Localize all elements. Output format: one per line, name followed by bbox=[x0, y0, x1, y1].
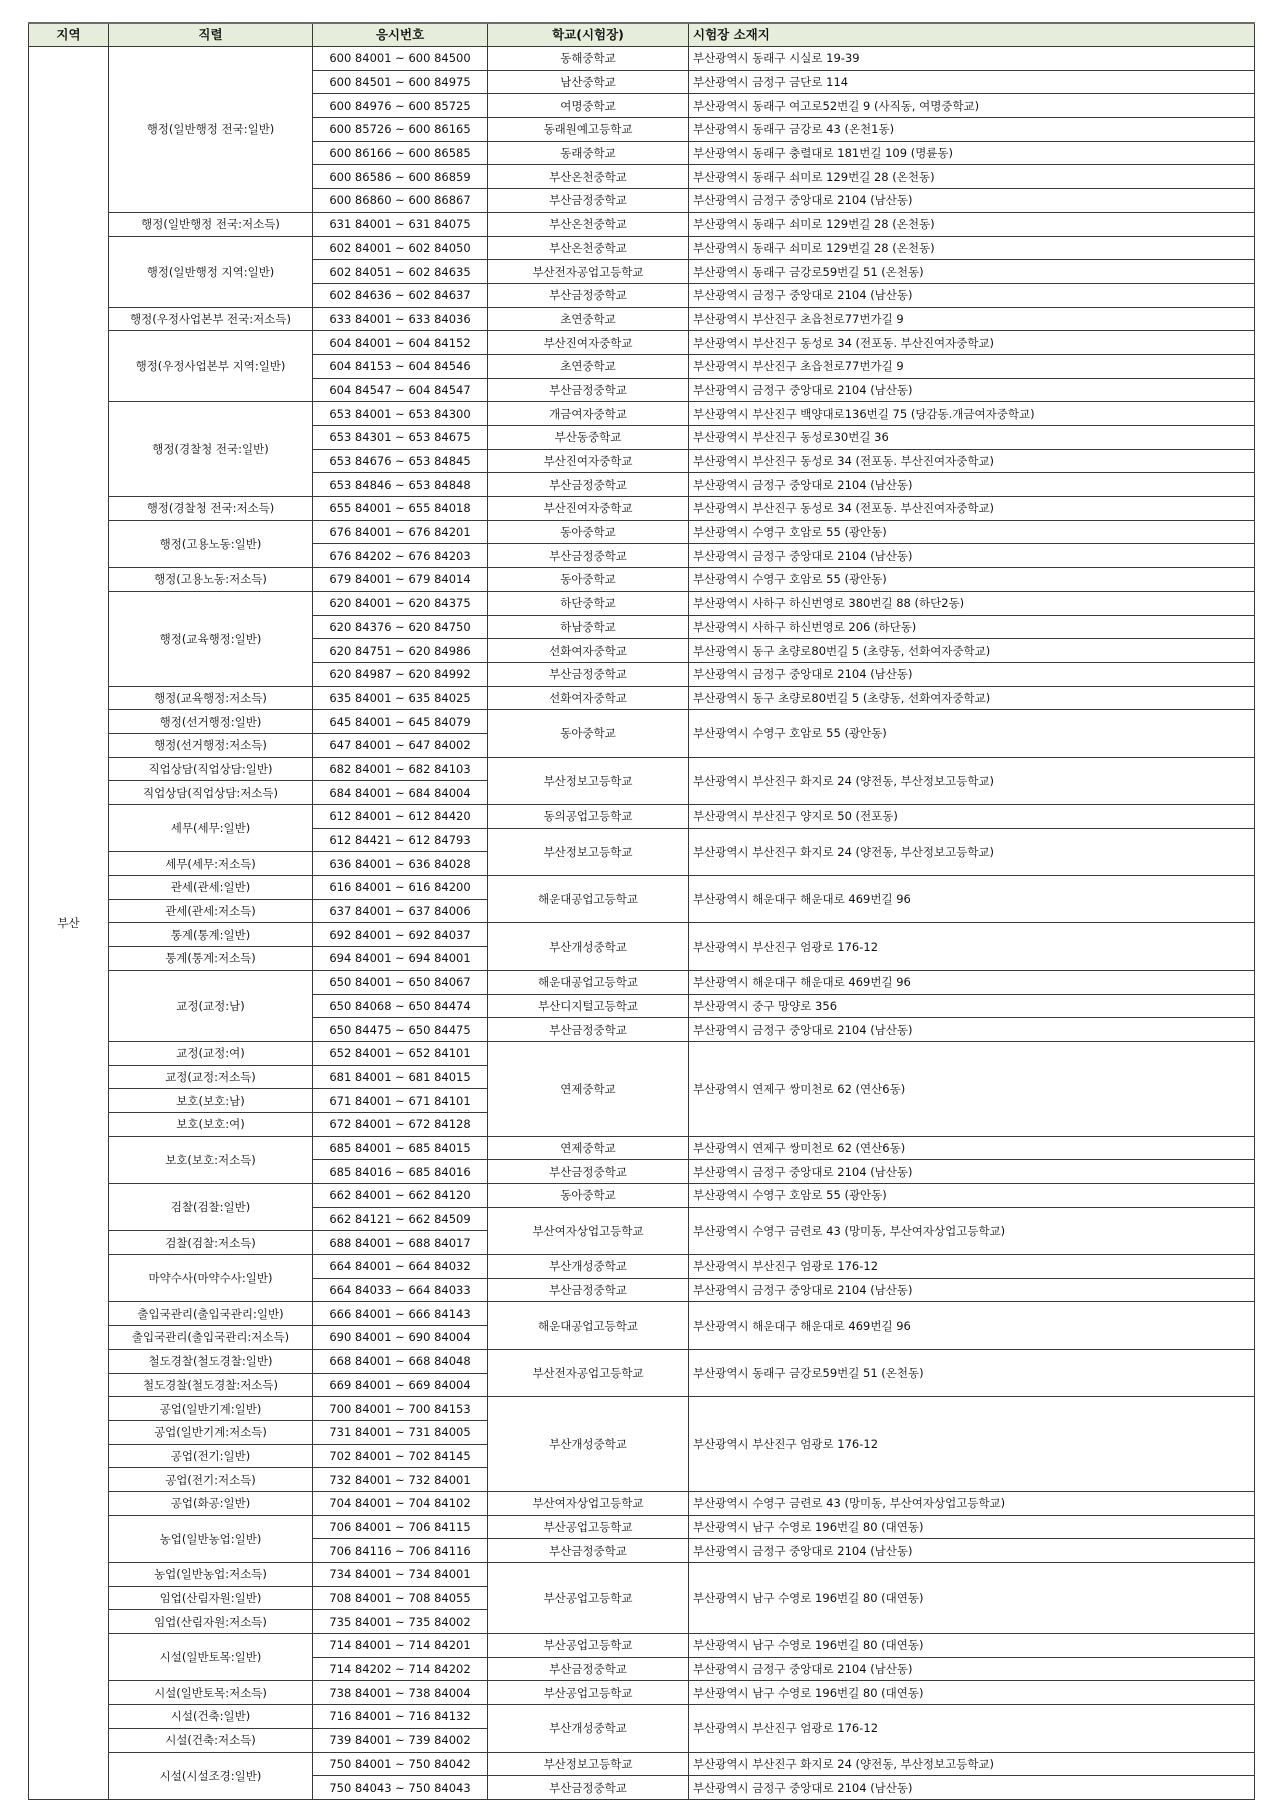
series-cell: 임업(산림자원:저소득) bbox=[109, 1610, 313, 1634]
address-cell: 부산광역시 동구 초량로80번길 5 (초량동, 선화여자중학교) bbox=[689, 639, 1255, 663]
series-cell: 농업(일반농업:저소득) bbox=[109, 1563, 313, 1587]
address-cell: 부산광역시 금정구 중앙대로 2104 (남산동) bbox=[689, 1776, 1255, 1800]
exam-number-range-cell: 692 84001 ~ 692 84037 bbox=[313, 923, 488, 947]
school-cell: 부산공업고등학교 bbox=[488, 1563, 689, 1634]
series-cell: 시설(건축:저소득) bbox=[109, 1728, 313, 1752]
table-row: 부산행정(일반행정 전국:일반)600 84001 ~ 600 84500동해중… bbox=[29, 47, 1255, 71]
series-cell: 직업상담(직업상담:일반) bbox=[109, 757, 313, 781]
table-row: 시설(시설조경:일반)750 84001 ~ 750 84042부산정보고등학교… bbox=[29, 1752, 1255, 1776]
school-cell: 부산금정중학교 bbox=[488, 544, 689, 568]
school-cell: 부산전자공업고등학교 bbox=[488, 1349, 689, 1396]
address-cell: 부산광역시 남구 수영로 196번길 80 (대연동) bbox=[689, 1515, 1255, 1539]
series-cell: 교정(교정:여) bbox=[109, 1041, 313, 1065]
school-cell: 부산온천중학교 bbox=[488, 212, 689, 236]
series-cell: 행정(교육행정:저소득) bbox=[109, 686, 313, 710]
address-cell: 부산광역시 동래구 금강로 43 (온천1동) bbox=[689, 118, 1255, 142]
address-cell: 부산광역시 금정구 중앙대로 2104 (남산동) bbox=[689, 1160, 1255, 1184]
exam-number-range-cell: 739 84001 ~ 739 84002 bbox=[313, 1728, 488, 1752]
school-cell: 부산금정중학교 bbox=[488, 1018, 689, 1042]
exam-number-range-cell: 669 84001 ~ 669 84004 bbox=[313, 1373, 488, 1397]
table-row: 공업(일반기계:일반)700 84001 ~ 700 84153부산개성중학교부… bbox=[29, 1397, 1255, 1421]
school-cell: 동래원예고등학교 bbox=[488, 118, 689, 142]
series-cell: 행정(경찰청 전국:일반) bbox=[109, 402, 313, 497]
exam-number-range-cell: 672 84001 ~ 672 84128 bbox=[313, 1112, 488, 1136]
series-cell: 직업상담(직업상담:저소득) bbox=[109, 781, 313, 805]
series-cell: 농업(일반농업:일반) bbox=[109, 1515, 313, 1562]
table-row: 시설(일반토목:일반)714 84001 ~ 714 84201부산공업고등학교… bbox=[29, 1634, 1255, 1658]
table-row: 행정(교육행정:일반)620 84001 ~ 620 84375하단중학교부산광… bbox=[29, 591, 1255, 615]
exam-number-range-cell: 602 84051 ~ 602 84635 bbox=[313, 260, 488, 284]
exam-number-range-cell: 685 84001 ~ 685 84015 bbox=[313, 1136, 488, 1160]
series-cell: 마약수사(마약수사:일반) bbox=[109, 1255, 313, 1302]
address-cell: 부산광역시 동래구 충렬대로 181번길 109 (명륜동) bbox=[689, 141, 1255, 165]
exam-number-range-cell: 600 86586 ~ 600 86859 bbox=[313, 165, 488, 189]
address-cell: 부산광역시 해운대구 해운대로 469번길 96 bbox=[689, 1302, 1255, 1349]
school-cell: 동아중학교 bbox=[488, 710, 689, 757]
series-cell: 행정(선거행정:저소득) bbox=[109, 733, 313, 757]
address-cell: 부산광역시 부산진구 화지로 24 (양전동, 부산정보고등학교) bbox=[689, 757, 1255, 804]
address-cell: 부산광역시 수영구 금련로 43 (망미동, 부산여자상업고등학교) bbox=[689, 1207, 1255, 1254]
series-cell: 통계(통계:저소득) bbox=[109, 947, 313, 971]
exam-number-range-cell: 604 84001 ~ 604 84152 bbox=[313, 331, 488, 355]
exam-number-range-cell: 700 84001 ~ 700 84153 bbox=[313, 1397, 488, 1421]
series-cell: 철도경찰(철도경찰:저소득) bbox=[109, 1373, 313, 1397]
exam-number-range-cell: 684 84001 ~ 684 84004 bbox=[313, 781, 488, 805]
school-cell: 동아중학교 bbox=[488, 568, 689, 592]
school-cell: 부산금정중학교 bbox=[488, 283, 689, 307]
address-cell: 부산광역시 금정구 중앙대로 2104 (남산동) bbox=[689, 1539, 1255, 1563]
exam-number-range-cell: 637 84001 ~ 637 84006 bbox=[313, 899, 488, 923]
school-cell: 해운대공업고등학교 bbox=[488, 1302, 689, 1349]
school-cell: 연제중학교 bbox=[488, 1136, 689, 1160]
header-region: 지역 bbox=[29, 23, 109, 47]
school-cell: 여명중학교 bbox=[488, 94, 689, 118]
table-row: 관세(관세:일반)616 84001 ~ 616 84200해운대공업고등학교부… bbox=[29, 876, 1255, 900]
exam-number-range-cell: 750 84001 ~ 750 84042 bbox=[313, 1752, 488, 1776]
school-cell: 개금여자중학교 bbox=[488, 402, 689, 426]
address-cell: 부산광역시 수영구 호암로 55 (광안동) bbox=[689, 568, 1255, 592]
exam-number-range-cell: 708 84001 ~ 708 84055 bbox=[313, 1586, 488, 1610]
series-cell: 교정(교정:저소득) bbox=[109, 1065, 313, 1089]
series-cell: 시설(일반토목:저소득) bbox=[109, 1681, 313, 1705]
address-cell: 부산광역시 금정구 중앙대로 2104 (남산동) bbox=[689, 283, 1255, 307]
address-cell: 부산광역시 수영구 호암로 55 (광안동) bbox=[689, 1184, 1255, 1208]
school-cell: 하단중학교 bbox=[488, 591, 689, 615]
address-cell: 부산광역시 부산진구 양지로 50 (전포동) bbox=[689, 805, 1255, 829]
table-row: 보호(보호:저소득)685 84001 ~ 685 84015연제중학교부산광역… bbox=[29, 1136, 1255, 1160]
school-cell: 부산공업고등학교 bbox=[488, 1634, 689, 1658]
address-cell: 부산광역시 부산진구 화지로 24 (양전동, 부산정보고등학교) bbox=[689, 828, 1255, 875]
address-cell: 부산광역시 부산진구 동성로 34 (전포동. 부산진여자중학교) bbox=[689, 449, 1255, 473]
school-cell: 부산진여자중학교 bbox=[488, 449, 689, 473]
table-row: 직업상담(직업상담:일반)682 84001 ~ 682 84103부산정보고등… bbox=[29, 757, 1255, 781]
address-cell: 부산광역시 동래구 쇠미로 129번길 28 (온천동) bbox=[689, 165, 1255, 189]
address-cell: 부산광역시 동래구 금강로59번길 51 (온천동) bbox=[689, 1349, 1255, 1396]
exam-number-range-cell: 631 84001 ~ 631 84075 bbox=[313, 212, 488, 236]
address-cell: 부산광역시 부산진구 엄광로 176-12 bbox=[689, 1705, 1255, 1752]
exam-number-range-cell: 714 84202 ~ 714 84202 bbox=[313, 1657, 488, 1681]
school-cell: 연제중학교 bbox=[488, 1041, 689, 1136]
exam-number-range-cell: 600 86860 ~ 600 86867 bbox=[313, 189, 488, 213]
series-cell: 행정(일반행정 지역:일반) bbox=[109, 236, 313, 307]
table-body: 부산행정(일반행정 전국:일반)600 84001 ~ 600 84500동해중… bbox=[29, 47, 1255, 1800]
series-cell: 행정(일반행정 전국:저소득) bbox=[109, 212, 313, 236]
address-cell: 부산광역시 부산진구 엄광로 176-12 bbox=[689, 1397, 1255, 1492]
series-cell: 행정(경찰청 전국:저소득) bbox=[109, 497, 313, 521]
series-cell: 세무(세무:일반) bbox=[109, 805, 313, 852]
address-cell: 부산광역시 금정구 중앙대로 2104 (남산동) bbox=[689, 662, 1255, 686]
address-cell: 부산광역시 금정구 중앙대로 2104 (남산동) bbox=[689, 378, 1255, 402]
exam-number-range-cell: 602 84001 ~ 602 84050 bbox=[313, 236, 488, 260]
header-exam-number: 응시번호 bbox=[313, 23, 488, 47]
address-cell: 부산광역시 동구 초량로80번길 5 (초량동, 선화여자중학교) bbox=[689, 686, 1255, 710]
header-school: 학교(시험장) bbox=[488, 23, 689, 47]
school-cell: 부산진여자중학교 bbox=[488, 331, 689, 355]
address-cell: 부산광역시 부산진구 동성로 34 (전포동. 부산진여자중학교) bbox=[689, 497, 1255, 521]
school-cell: 부산여자상업고등학교 bbox=[488, 1491, 689, 1515]
school-cell: 부산금정중학교 bbox=[488, 1278, 689, 1302]
address-cell: 부산광역시 수영구 호암로 55 (광안동) bbox=[689, 520, 1255, 544]
table-row: 마약수사(마약수사:일반)664 84001 ~ 664 84032부산개성중학… bbox=[29, 1255, 1255, 1279]
exam-number-range-cell: 604 84547 ~ 604 84547 bbox=[313, 378, 488, 402]
address-cell: 부산광역시 부산진구 초읍천로77번가길 9 bbox=[689, 307, 1255, 331]
exam-number-range-cell: 653 84676 ~ 653 84845 bbox=[313, 449, 488, 473]
exam-number-range-cell: 616 84001 ~ 616 84200 bbox=[313, 876, 488, 900]
header-series: 직렬 bbox=[109, 23, 313, 47]
school-cell: 부산개성중학교 bbox=[488, 1397, 689, 1492]
address-cell: 부산광역시 연제구 쌍미천로 62 (연산6동) bbox=[689, 1136, 1255, 1160]
address-cell: 부산광역시 남구 수영로 196번길 80 (대연동) bbox=[689, 1563, 1255, 1634]
school-cell: 부산온천중학교 bbox=[488, 236, 689, 260]
series-cell: 공업(전기:일반) bbox=[109, 1444, 313, 1468]
exam-number-range-cell: 653 84846 ~ 653 84848 bbox=[313, 473, 488, 497]
school-cell: 부산여자상업고등학교 bbox=[488, 1207, 689, 1254]
exam-number-range-cell: 647 84001 ~ 647 84002 bbox=[313, 733, 488, 757]
exam-number-range-cell: 620 84987 ~ 620 84992 bbox=[313, 662, 488, 686]
address-cell: 부산광역시 금정구 중앙대로 2104 (남산동) bbox=[689, 1278, 1255, 1302]
school-cell: 선화여자중학교 bbox=[488, 686, 689, 710]
table-row: 출입국관리(출입국관리:일반)666 84001 ~ 666 84143해운대공… bbox=[29, 1302, 1255, 1326]
exam-number-range-cell: 664 84033 ~ 664 84033 bbox=[313, 1278, 488, 1302]
table-row: 행정(선거행정:일반)645 84001 ~ 645 84079동아중학교부산광… bbox=[29, 710, 1255, 734]
exam-number-range-cell: 738 84001 ~ 738 84004 bbox=[313, 1681, 488, 1705]
address-cell: 부산광역시 해운대구 해운대로 469번길 96 bbox=[689, 876, 1255, 923]
exam-number-range-cell: 662 84001 ~ 662 84120 bbox=[313, 1184, 488, 1208]
school-cell: 선화여자중학교 bbox=[488, 639, 689, 663]
table-row: 교정(교정:여)652 84001 ~ 652 84101연제중학교부산광역시 … bbox=[29, 1041, 1255, 1065]
exam-number-range-cell: 664 84001 ~ 664 84032 bbox=[313, 1255, 488, 1279]
exam-number-range-cell: 690 84001 ~ 690 84004 bbox=[313, 1326, 488, 1350]
school-cell: 부산공업고등학교 bbox=[488, 1681, 689, 1705]
series-cell: 행정(선거행정:일반) bbox=[109, 710, 313, 734]
table-row: 농업(일반농업:저소득)734 84001 ~ 734 84001부산공업고등학… bbox=[29, 1563, 1255, 1587]
exam-number-range-cell: 750 84043 ~ 750 84043 bbox=[313, 1776, 488, 1800]
series-cell: 행정(고용노동:일반) bbox=[109, 520, 313, 567]
address-cell: 부산광역시 금정구 중앙대로 2104 (남산동) bbox=[689, 1657, 1255, 1681]
school-cell: 동해중학교 bbox=[488, 47, 689, 71]
address-cell: 부산광역시 부산진구 동성로30번길 36 bbox=[689, 426, 1255, 450]
school-cell: 하남중학교 bbox=[488, 615, 689, 639]
table-row: 철도경찰(철도경찰:일반)668 84001 ~ 668 84048부산전자공업… bbox=[29, 1349, 1255, 1373]
exam-number-range-cell: 653 84001 ~ 653 84300 bbox=[313, 402, 488, 426]
exam-number-range-cell: 685 84016 ~ 685 84016 bbox=[313, 1160, 488, 1184]
address-cell: 부산광역시 부산진구 엄광로 176-12 bbox=[689, 923, 1255, 970]
school-cell: 동아중학교 bbox=[488, 1184, 689, 1208]
exam-number-range-cell: 716 84001 ~ 716 84132 bbox=[313, 1705, 488, 1729]
exam-number-range-cell: 633 84001 ~ 633 84036 bbox=[313, 307, 488, 331]
table-row: 행정(고용노동:일반)676 84001 ~ 676 84201동아중학교부산광… bbox=[29, 520, 1255, 544]
table-row: 검찰(검찰:일반)662 84001 ~ 662 84120동아중학교부산광역시… bbox=[29, 1184, 1255, 1208]
address-cell: 부산광역시 남구 수영로 196번길 80 (대연동) bbox=[689, 1634, 1255, 1658]
exam-number-range-cell: 620 84001 ~ 620 84375 bbox=[313, 591, 488, 615]
school-cell: 해운대공업고등학교 bbox=[488, 970, 689, 994]
address-cell: 부산광역시 부산진구 동성로 34 (전포동. 부산진여자중학교) bbox=[689, 331, 1255, 355]
exam-number-range-cell: 688 84001 ~ 688 84017 bbox=[313, 1231, 488, 1255]
series-cell: 출입국관리(출입국관리:일반) bbox=[109, 1302, 313, 1326]
table-row: 행정(우정사업본부 전국:저소득)633 84001 ~ 633 84036초연… bbox=[29, 307, 1255, 331]
exam-venue-table: 지역 직렬 응시번호 학교(시험장) 시험장 소재지 부산행정(일반행정 전국:… bbox=[28, 22, 1255, 1800]
address-cell: 부산광역시 사하구 하신번영로 380번길 88 (하단2동) bbox=[689, 591, 1255, 615]
series-cell: 공업(화공:일반) bbox=[109, 1491, 313, 1515]
school-cell: 동래중학교 bbox=[488, 141, 689, 165]
school-cell: 부산개성중학교 bbox=[488, 1255, 689, 1279]
address-cell: 부산광역시 연제구 쌍미천로 62 (연산6동) bbox=[689, 1041, 1255, 1136]
exam-number-range-cell: 653 84301 ~ 653 84675 bbox=[313, 426, 488, 450]
school-cell: 남산중학교 bbox=[488, 70, 689, 94]
exam-number-range-cell: 671 84001 ~ 671 84101 bbox=[313, 1089, 488, 1113]
school-cell: 부산디지털고등학교 bbox=[488, 994, 689, 1018]
series-cell: 철도경찰(철도경찰:일반) bbox=[109, 1349, 313, 1373]
school-cell: 동아중학교 bbox=[488, 520, 689, 544]
school-cell: 부산금정중학교 bbox=[488, 189, 689, 213]
school-cell: 부산금정중학교 bbox=[488, 473, 689, 497]
series-cell: 시설(일반토목:일반) bbox=[109, 1634, 313, 1681]
table-row: 세무(세무:일반)612 84001 ~ 612 84420동의공업고등학교부산… bbox=[29, 805, 1255, 829]
exam-number-range-cell: 666 84001 ~ 666 84143 bbox=[313, 1302, 488, 1326]
address-cell: 부산광역시 부산진구 화지로 24 (양전동, 부산정보고등학교) bbox=[689, 1752, 1255, 1776]
school-cell: 부산금정중학교 bbox=[488, 378, 689, 402]
table-row: 통계(통계:일반)692 84001 ~ 692 84037부산개성중학교 부산… bbox=[29, 923, 1255, 947]
exam-number-range-cell: 668 84001 ~ 668 84048 bbox=[313, 1349, 488, 1373]
school-cell: 부산금정중학교 bbox=[488, 1657, 689, 1681]
exam-number-range-cell: 612 84421 ~ 612 84793 bbox=[313, 828, 488, 852]
address-cell: 부산광역시 동래구 쇠미로 129번길 28 (온천동) bbox=[689, 236, 1255, 260]
address-cell: 부산광역시 동래구 시실로 19-39 bbox=[689, 47, 1255, 71]
table-row: 행정(경찰청 전국:저소득)655 84001 ~ 655 84018부산진여자… bbox=[29, 497, 1255, 521]
exam-number-range-cell: 662 84121 ~ 662 84509 bbox=[313, 1207, 488, 1231]
series-cell: 행정(일반행정 전국:일반) bbox=[109, 47, 313, 213]
school-cell: 동의공업고등학교 bbox=[488, 805, 689, 829]
series-cell: 임업(산림자원:일반) bbox=[109, 1586, 313, 1610]
table-row: 시설(일반토목:저소득)738 84001 ~ 738 84004부산공업고등학… bbox=[29, 1681, 1255, 1705]
school-cell: 부산금정중학교 bbox=[488, 1776, 689, 1800]
series-cell: 시설(시설조경:일반) bbox=[109, 1752, 313, 1799]
school-cell: 부산정보고등학교 bbox=[488, 1752, 689, 1776]
school-cell: 부산개성중학교 bbox=[488, 1705, 689, 1752]
address-cell: 부산광역시 금정구 중앙대로 2104 (남산동) bbox=[689, 1018, 1255, 1042]
series-cell: 공업(일반기계:일반) bbox=[109, 1397, 313, 1421]
address-cell: 부산광역시 수영구 호암로 55 (광안동) bbox=[689, 710, 1255, 757]
series-cell: 관세(관세:저소득) bbox=[109, 899, 313, 923]
series-cell: 공업(일반기계:저소득) bbox=[109, 1420, 313, 1444]
table-row: 농업(일반농업:일반)706 84001 ~ 706 84115부산공업고등학교… bbox=[29, 1515, 1255, 1539]
exam-number-range-cell: 600 84501 ~ 600 84975 bbox=[313, 70, 488, 94]
series-cell: 공업(전기:저소득) bbox=[109, 1468, 313, 1492]
series-cell: 출입국관리(출입국관리:저소득) bbox=[109, 1326, 313, 1350]
school-cell: 해운대공업고등학교 bbox=[488, 876, 689, 923]
exam-number-range-cell: 650 84068 ~ 650 84474 bbox=[313, 994, 488, 1018]
table-row: 시설(건축:일반)716 84001 ~ 716 84132부산개성중학교부산광… bbox=[29, 1705, 1255, 1729]
table-row: 행정(경찰청 전국:일반)653 84001 ~ 653 84300개금여자중학… bbox=[29, 402, 1255, 426]
address-cell: 부산광역시 동래구 쇠미로 129번길 28 (온천동) bbox=[689, 212, 1255, 236]
exam-number-range-cell: 636 84001 ~ 636 84028 bbox=[313, 852, 488, 876]
exam-number-range-cell: 645 84001 ~ 645 84079 bbox=[313, 710, 488, 734]
exam-number-range-cell: 600 84976 ~ 600 85725 bbox=[313, 94, 488, 118]
address-cell: 부산광역시 수영구 금련로 43 (망미동, 부산여자상업고등학교) bbox=[689, 1491, 1255, 1515]
exam-number-range-cell: 650 84475 ~ 650 84475 bbox=[313, 1018, 488, 1042]
exam-number-range-cell: 652 84001 ~ 652 84101 bbox=[313, 1041, 488, 1065]
school-cell: 부산개성중학교 bbox=[488, 923, 689, 970]
school-cell: 부산전자공업고등학교 bbox=[488, 260, 689, 284]
school-cell: 초연중학교 bbox=[488, 354, 689, 378]
exam-number-range-cell: 676 84202 ~ 676 84203 bbox=[313, 544, 488, 568]
series-cell: 관세(관세:일반) bbox=[109, 876, 313, 900]
exam-number-range-cell: 612 84001 ~ 612 84420 bbox=[313, 805, 488, 829]
address-cell: 부산광역시 금정구 금단로 114 bbox=[689, 70, 1255, 94]
school-cell: 부산진여자중학교 bbox=[488, 497, 689, 521]
table-row: 행정(일반행정 지역:일반)602 84001 ~ 602 84050부산온천중… bbox=[29, 236, 1255, 260]
address-cell: 부산광역시 사하구 하신번영로 206 (하단동) bbox=[689, 615, 1255, 639]
series-cell: 보호(보호:여) bbox=[109, 1112, 313, 1136]
table-header-row: 지역 직렬 응시번호 학교(시험장) 시험장 소재지 bbox=[29, 23, 1255, 47]
address-cell: 부산광역시 금정구 중앙대로 2104 (남산동) bbox=[689, 189, 1255, 213]
series-cell: 통계(통계:일반) bbox=[109, 923, 313, 947]
exam-number-range-cell: 602 84636 ~ 602 84637 bbox=[313, 283, 488, 307]
school-cell: 부산금정중학교 bbox=[488, 1160, 689, 1184]
series-cell: 행정(교육행정:일반) bbox=[109, 591, 313, 686]
exam-number-range-cell: 650 84001 ~ 650 84067 bbox=[313, 970, 488, 994]
series-cell: 세무(세무:저소득) bbox=[109, 852, 313, 876]
series-cell: 행정(우정사업본부 지역:일반) bbox=[109, 331, 313, 402]
exam-number-range-cell: 694 84001 ~ 694 84001 bbox=[313, 947, 488, 971]
table-row: 교정(교정:남)650 84001 ~ 650 84067해운대공업고등학교부산… bbox=[29, 970, 1255, 994]
school-cell: 부산동중학교 bbox=[488, 426, 689, 450]
exam-number-range-cell: 655 84001 ~ 655 84018 bbox=[313, 497, 488, 521]
exam-number-range-cell: 732 84001 ~ 732 84001 bbox=[313, 1468, 488, 1492]
address-cell: 부산광역시 동래구 금강로59번길 51 (온천동) bbox=[689, 260, 1255, 284]
series-cell: 행정(고용노동:저소득) bbox=[109, 568, 313, 592]
exam-number-range-cell: 735 84001 ~ 735 84002 bbox=[313, 1610, 488, 1634]
address-cell: 부산광역시 남구 수영로 196번길 80 (대연동) bbox=[689, 1681, 1255, 1705]
address-cell: 부산광역시 해운대구 해운대로 469번길 96 bbox=[689, 970, 1255, 994]
address-cell: 부산광역시 금정구 중앙대로 2104 (남산동) bbox=[689, 473, 1255, 497]
address-cell: 부산광역시 부산진구 초읍천로77번가길 9 bbox=[689, 354, 1255, 378]
series-cell: 보호(보호:저소득) bbox=[109, 1136, 313, 1183]
exam-number-range-cell: 600 84001 ~ 600 84500 bbox=[313, 47, 488, 71]
series-cell: 보호(보호:남) bbox=[109, 1089, 313, 1113]
header-address: 시험장 소재지 bbox=[689, 23, 1255, 47]
exam-number-range-cell: 600 85726 ~ 600 86165 bbox=[313, 118, 488, 142]
region-cell: 부산 bbox=[29, 47, 109, 1800]
exam-number-range-cell: 676 84001 ~ 676 84201 bbox=[313, 520, 488, 544]
exam-number-range-cell: 682 84001 ~ 682 84103 bbox=[313, 757, 488, 781]
school-cell: 부산공업고등학교 bbox=[488, 1515, 689, 1539]
exam-number-range-cell: 714 84001 ~ 714 84201 bbox=[313, 1634, 488, 1658]
exam-number-range-cell: 706 84001 ~ 706 84115 bbox=[313, 1515, 488, 1539]
address-cell: 부산광역시 중구 망양로 356 bbox=[689, 994, 1255, 1018]
series-cell: 행정(우정사업본부 전국:저소득) bbox=[109, 307, 313, 331]
school-cell: 부산정보고등학교 bbox=[488, 828, 689, 875]
address-cell: 부산광역시 부산진구 백양대로136번길 75 (당감동.개금여자중학교) bbox=[689, 402, 1255, 426]
exam-number-range-cell: 679 84001 ~ 679 84014 bbox=[313, 568, 488, 592]
exam-number-range-cell: 702 84001 ~ 702 84145 bbox=[313, 1444, 488, 1468]
table-row: 공업(화공:일반)704 84001 ~ 704 84102부산여자상업고등학교… bbox=[29, 1491, 1255, 1515]
exam-number-range-cell: 620 84751 ~ 620 84986 bbox=[313, 639, 488, 663]
school-cell: 부산금정중학교 bbox=[488, 662, 689, 686]
exam-number-range-cell: 620 84376 ~ 620 84750 bbox=[313, 615, 488, 639]
exam-number-range-cell: 734 84001 ~ 734 84001 bbox=[313, 1563, 488, 1587]
exam-number-range-cell: 635 84001 ~ 635 84025 bbox=[313, 686, 488, 710]
school-cell: 부산온천중학교 bbox=[488, 165, 689, 189]
exam-number-range-cell: 731 84001 ~ 731 84005 bbox=[313, 1420, 488, 1444]
school-cell: 초연중학교 bbox=[488, 307, 689, 331]
school-cell: 부산금정중학교 bbox=[488, 1539, 689, 1563]
address-cell: 부산광역시 동래구 여고로52번길 9 (사직동, 여명중학교) bbox=[689, 94, 1255, 118]
address-cell: 부산광역시 금정구 중앙대로 2104 (남산동) bbox=[689, 544, 1255, 568]
table-row: 행정(교육행정:저소득)635 84001 ~ 635 84025선화여자중학교… bbox=[29, 686, 1255, 710]
series-cell: 검찰(검찰:일반) bbox=[109, 1184, 313, 1231]
table-row: 행정(우정사업본부 지역:일반)604 84001 ~ 604 84152부산진… bbox=[29, 331, 1255, 355]
address-cell: 부산광역시 부산진구 엄광로 176-12 bbox=[689, 1255, 1255, 1279]
series-cell: 교정(교정:남) bbox=[109, 970, 313, 1041]
series-cell: 시설(건축:일반) bbox=[109, 1705, 313, 1729]
exam-number-range-cell: 681 84001 ~ 681 84015 bbox=[313, 1065, 488, 1089]
table-row: 행정(일반행정 전국:저소득)631 84001 ~ 631 84075부산온천… bbox=[29, 212, 1255, 236]
exam-number-range-cell: 706 84116 ~ 706 84116 bbox=[313, 1539, 488, 1563]
school-cell: 부산정보고등학교 bbox=[488, 757, 689, 804]
exam-number-range-cell: 704 84001 ~ 704 84102 bbox=[313, 1491, 488, 1515]
exam-number-range-cell: 600 86166 ~ 600 86585 bbox=[313, 141, 488, 165]
exam-number-range-cell: 604 84153 ~ 604 84546 bbox=[313, 354, 488, 378]
table-row: 행정(고용노동:저소득)679 84001 ~ 679 84014동아중학교부산… bbox=[29, 568, 1255, 592]
series-cell: 검찰(검찰:저소득) bbox=[109, 1231, 313, 1255]
